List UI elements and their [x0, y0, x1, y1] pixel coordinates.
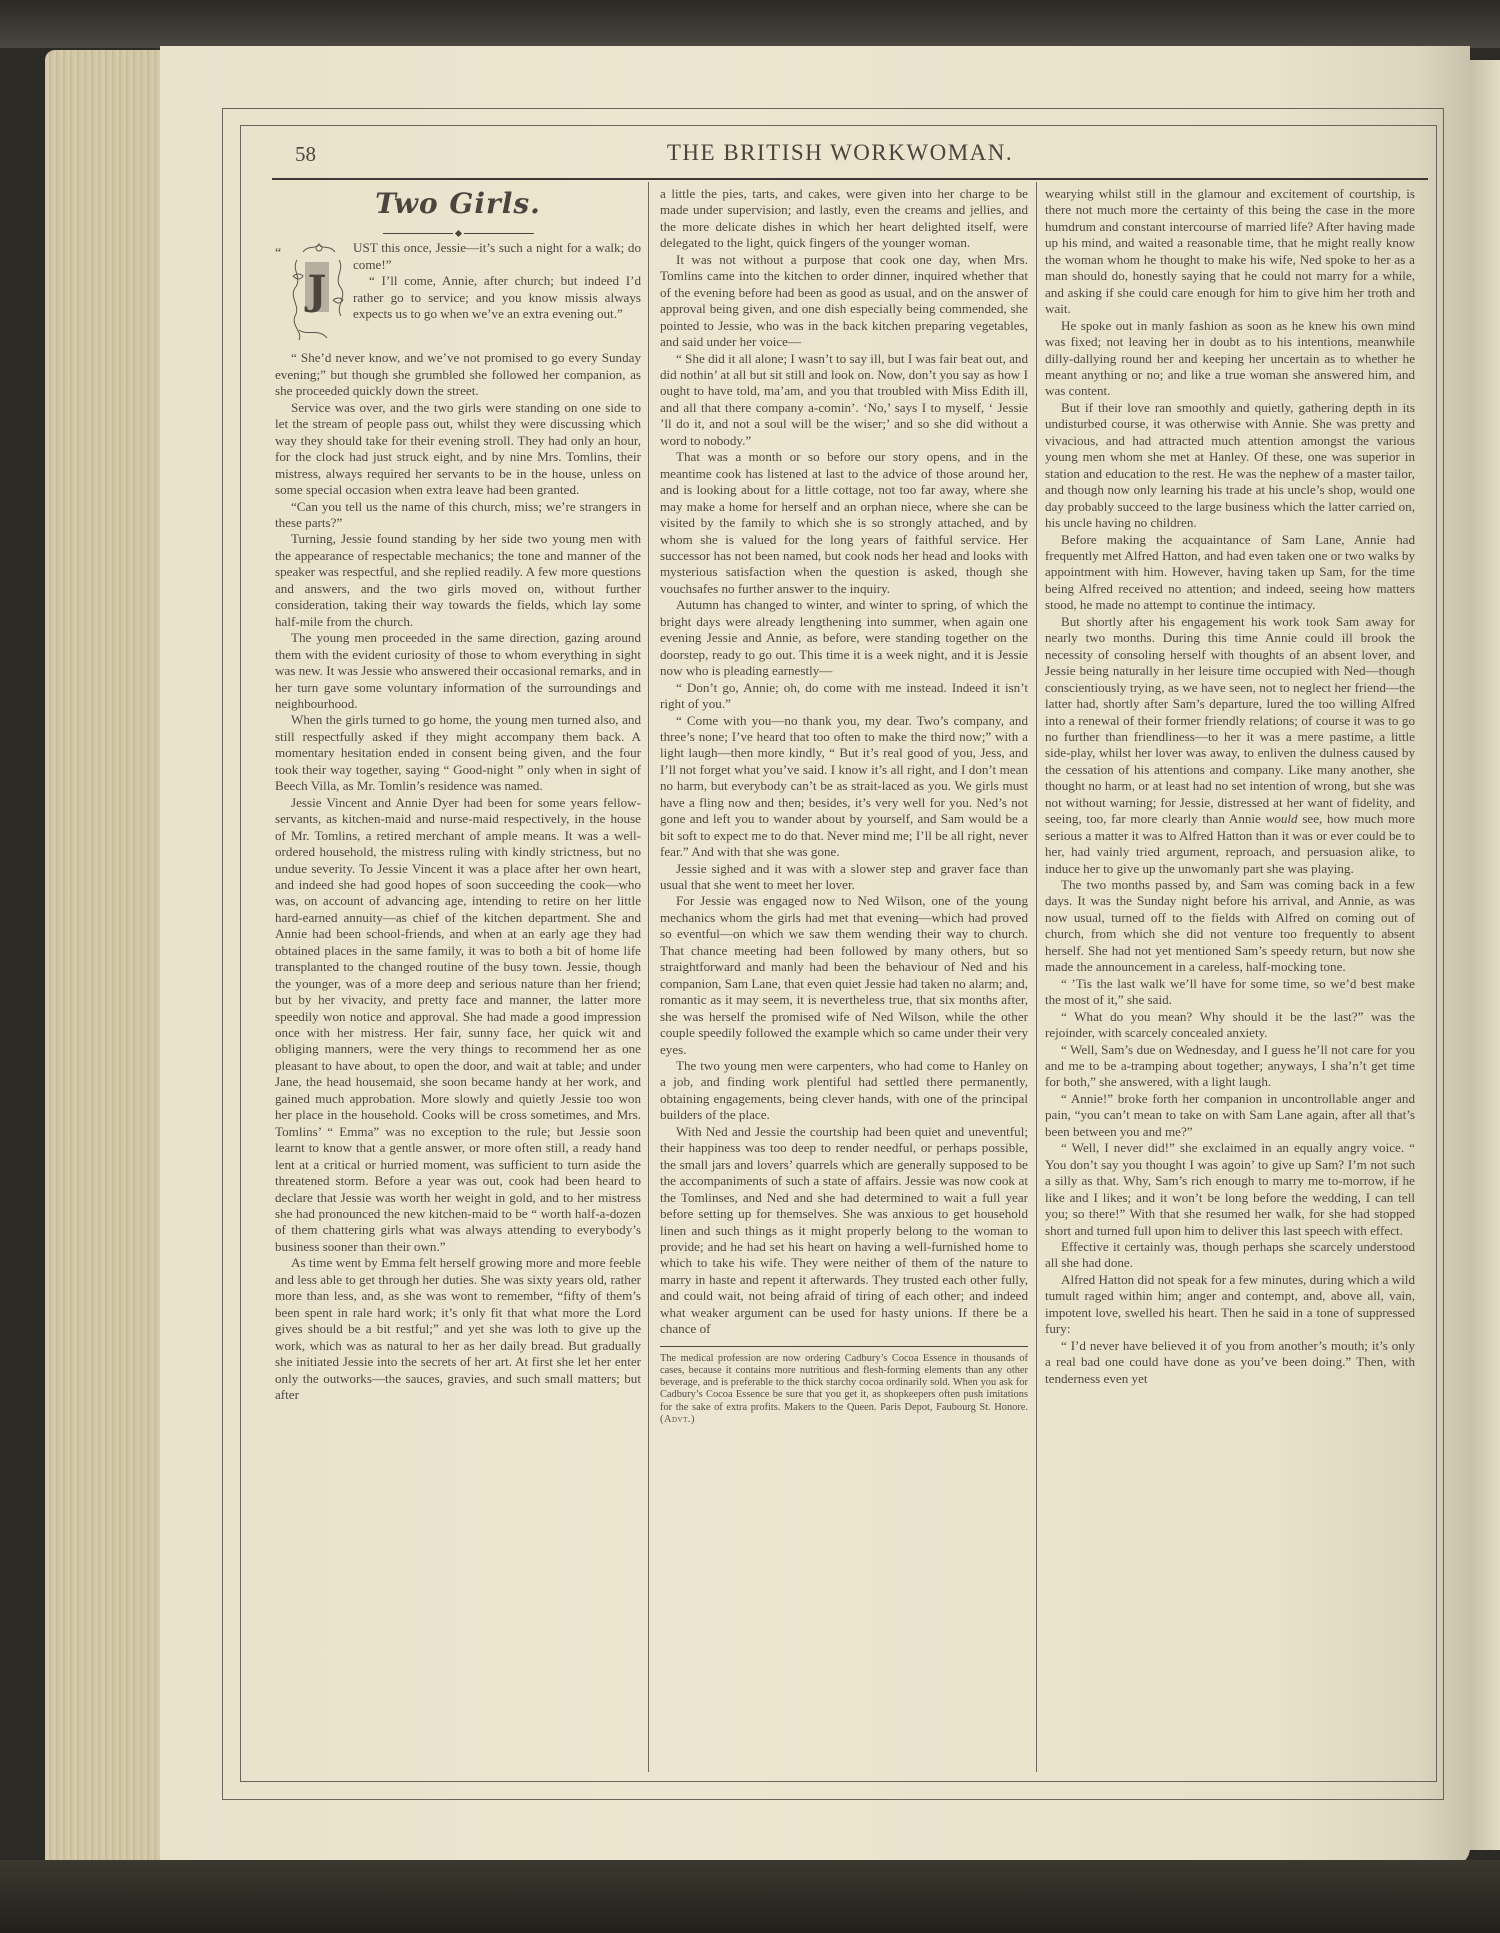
paragraph: “Can you tell us the name of this church…	[275, 499, 641, 532]
column-divider-right	[1036, 182, 1037, 1772]
paragraph: “ She’d never know, and we’ve not promis…	[275, 350, 641, 399]
header-rule	[272, 178, 1428, 180]
paragraph: Effective it certainly was, though perha…	[1045, 1239, 1415, 1272]
paragraph: Jessie sighed and it was with a slower s…	[660, 861, 1028, 894]
paragraph: Service was over, and the two girls were…	[275, 400, 641, 499]
running-title: THE BRITISH WORKWOMAN.	[560, 140, 1120, 166]
paragraph: He spoke out in manly fashion as soon as…	[1045, 318, 1415, 400]
advertisement-rule	[660, 1346, 1028, 1347]
italic-emphasis: would	[1266, 811, 1298, 826]
column-left: Two Girls. “ J UST this once, Jessie—it’…	[275, 186, 641, 1403]
ornamental-dropcap-icon: J	[289, 240, 347, 346]
ornament-divider	[275, 224, 641, 236]
paragraph: “ She did it all alone; I wasn’t to say …	[660, 351, 1028, 450]
paragraph: Jessie Vincent and Annie Dyer had been f…	[275, 795, 641, 1256]
paragraph: But if their love ran smoothly and quiet…	[1045, 400, 1415, 532]
paragraph: a little the pies, tarts, and cakes, wer…	[660, 186, 1028, 252]
story-title: Two Girls.	[275, 196, 641, 212]
paragraph: For Jessie was engaged now to Ned Wilson…	[660, 893, 1028, 1058]
paragraph: The two months passed by, and Sam was co…	[1045, 877, 1415, 976]
advertisement: The medical profession are now ordering …	[660, 1353, 1028, 1426]
advertisement-tag: (Advt.)	[660, 1414, 695, 1425]
paragraph: “ Come with you—no thank you, my dear. T…	[660, 713, 1028, 861]
paragraph: “ Well, Sam’s due on Wednesday, and I gu…	[1045, 1042, 1415, 1091]
paragraph: “ What do you mean? Why should it be the…	[1045, 1009, 1415, 1042]
paragraph: The two young men were carpenters, who h…	[660, 1058, 1028, 1124]
paragraph: “ I’d never have believed it of you from…	[1045, 1338, 1415, 1387]
paragraph: Alfred Hatton did not speak for a few mi…	[1045, 1272, 1415, 1338]
paragraph: “ Annie!” broke forth her companion in u…	[1045, 1091, 1415, 1140]
advertisement-text: The medical profession are now ordering …	[660, 1353, 1028, 1413]
column-middle: a little the pies, tarts, and cakes, wer…	[660, 186, 1028, 1426]
page-number: 58	[295, 142, 316, 167]
paragraph: But shortly after his engagement his wor…	[1045, 614, 1415, 877]
paragraph: That was a month or so before our story …	[660, 449, 1028, 597]
opening-quote-mark: “	[275, 246, 281, 262]
opening-paragraph: “ J UST this once, Jessie—it’s such a ni…	[275, 240, 641, 350]
paragraph: Turning, Jessie found standing by her si…	[275, 531, 641, 630]
column-divider-left	[648, 182, 649, 1772]
paragraph: As time went by Emma felt herself growin…	[275, 1255, 641, 1403]
paragraph: It was not without a purpose that cook o…	[660, 252, 1028, 351]
book-cover-bottom	[0, 1860, 1500, 1933]
paragraph: “ Well, I never did!” she exclaimed in a…	[1045, 1140, 1415, 1239]
column-right: wearying whilst still in the glamour and…	[1045, 186, 1415, 1387]
paragraph: Autumn has changed to winter, and winter…	[660, 597, 1028, 679]
paragraph: The young men proceeded in the same dire…	[275, 630, 641, 712]
paragraph: With Ned and Jessie the courtship had be…	[660, 1124, 1028, 1338]
paragraph: When the girls turned to go home, the yo…	[275, 712, 641, 794]
paragraph: wearying whilst still in the glamour and…	[1045, 186, 1415, 318]
paragraph: Before making the acquaintance of Sam La…	[1045, 532, 1415, 614]
book-cover-top	[0, 0, 1500, 48]
svg-text:J: J	[305, 267, 327, 314]
page-edges	[45, 50, 165, 1870]
paragraph: “ Don’t go, Annie; oh, do come with me i…	[660, 680, 1028, 713]
paragraph: “ ’Tis the last walk we’ll have for some…	[1045, 976, 1415, 1009]
paragraph-text: But shortly after his engagement his wor…	[1045, 614, 1415, 826]
